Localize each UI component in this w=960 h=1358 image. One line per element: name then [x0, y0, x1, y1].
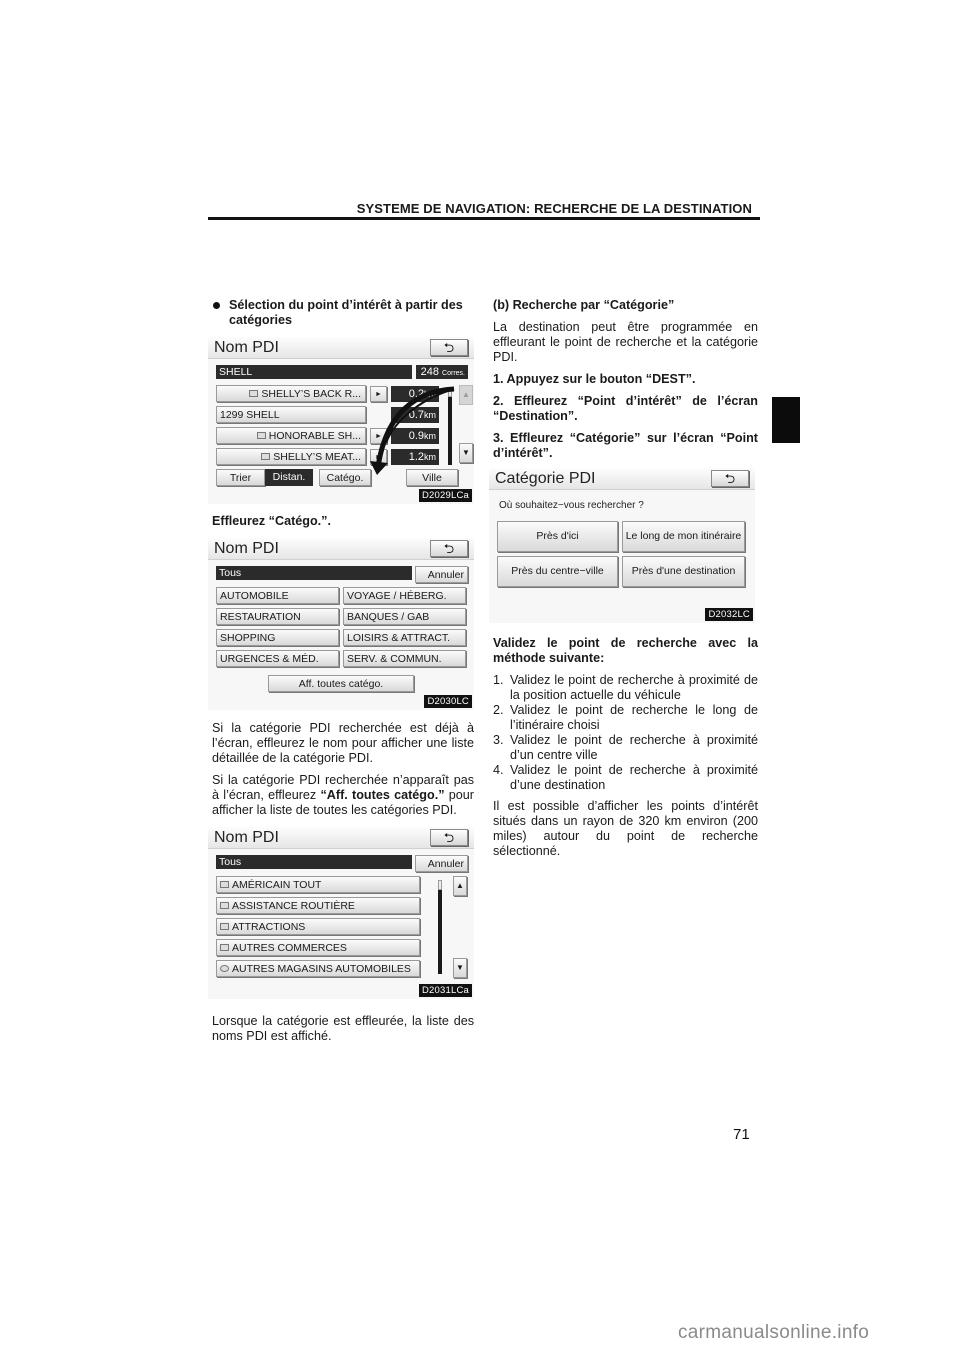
list-item[interactable]: AMÉRICAIN TOUT [216, 876, 420, 893]
section-heading: (b) Recherche par “Catégorie” [493, 298, 758, 313]
back-arrow-icon: ⮌ [444, 541, 454, 556]
detail-button[interactable]: ► [370, 449, 387, 465]
screen-all-categories: Nom PDI ⮌ Tous Annuler AMÉRICAIN TOUT AS… [208, 827, 474, 999]
result-button[interactable]: 1299 SHELL [216, 406, 366, 423]
near-city-center-button[interactable]: Près du centre−ville [497, 556, 618, 587]
show-all-categories-button[interactable]: Aff. toutes catégo. [268, 675, 414, 692]
paragraph: La destination peut être programmée en e… [493, 320, 758, 365]
prompt: Où souhaitez−vous rechercher ? [497, 496, 749, 521]
list-item: 2.Validez le point de recherche le long … [493, 703, 758, 733]
caption: Effleurez “Catégo.”. [212, 514, 474, 529]
step: 2. Effleurez “Point d’intérêt” de l’écra… [493, 394, 758, 424]
watermark: carmanualsonline.info [678, 1322, 869, 1344]
category-icon [220, 965, 229, 972]
list-item: SHELLY’S BACK R... ► 0.2km [216, 385, 468, 402]
detail-button[interactable]: ► [370, 428, 387, 444]
scrollbar[interactable] [448, 387, 452, 465]
results-list: SHELLY’S BACK R... ► 0.2km 1299 SHELL 0.… [216, 385, 468, 465]
screen-poi-categories: Nom PDI ⮌ Tous Annuler AUTOMOBILE VOYAGE… [208, 538, 474, 710]
page-up-button[interactable]: ▲ [459, 385, 473, 405]
back-button[interactable]: ⮌ [430, 540, 468, 557]
list-item: 1.Validez le point de recherche à proxim… [493, 673, 758, 703]
figure-ref: D2032LC [705, 608, 753, 621]
bullet-heading: Sélection du point d’intérêt à partir de… [212, 298, 474, 328]
category-button[interactable]: VOYAGE / HÉBERG. [343, 587, 466, 604]
cancel-button[interactable]: Annuler [415, 566, 468, 583]
method-heading: Validez le point de recherche avec la mé… [493, 636, 758, 666]
result-button[interactable]: SHELLY’S BACK R... [216, 385, 366, 402]
category-grid: AUTOMOBILE VOYAGE / HÉBERG. RESTAURATION… [216, 587, 468, 667]
list-item: 3.Validez le point de recherche à proxim… [493, 733, 758, 763]
list-item[interactable]: ATTRACTIONS [216, 918, 420, 935]
distance: 0.2km [391, 386, 439, 402]
paragraph: Lorsque la catégorie est effleurée, la l… [212, 1014, 474, 1044]
paragraph: Si la catégorie PDI recherchée est déjà … [212, 721, 474, 766]
header-rule [208, 217, 760, 220]
screen-poi-name-results: Nom PDI ⮌ SHELL 248 Corres. SHELLY’S BAC… [208, 337, 474, 504]
category-icon [220, 902, 229, 909]
building-icon [257, 432, 266, 439]
category-button[interactable]: Catégo. [319, 469, 371, 486]
category-button[interactable]: BANQUES / GAB [343, 608, 466, 625]
running-header: SYSTEME DE NAVIGATION: RECHERCHE DE LA D… [300, 201, 752, 216]
screen-title-bar: Nom PDI ⮌ [208, 337, 474, 359]
category-button[interactable]: RESTAURATION [216, 608, 339, 625]
screen-title: Nom PDI [214, 340, 279, 355]
list-item[interactable]: AUTRES COMMERCES [216, 939, 420, 956]
double-up-arrow-icon: ▲ [456, 881, 464, 890]
category-list: AMÉRICAIN TOUT ASSISTANCE ROUTIÈRE ATTRA… [216, 876, 468, 977]
play-arrow-icon: ► [375, 433, 382, 440]
scrollbar[interactable] [438, 880, 442, 974]
page-number: 71 [733, 1126, 750, 1143]
search-field[interactable]: SHELL [216, 365, 412, 379]
screen-title: Nom PDI [214, 830, 279, 845]
category-icon [220, 944, 229, 951]
cancel-button[interactable]: Annuler [415, 855, 468, 872]
screen-title: Nom PDI [214, 541, 279, 556]
figure-ref: D2030LC [424, 695, 472, 708]
back-button[interactable]: ⮌ [711, 470, 749, 487]
screen-title: Catégorie PDI [495, 471, 596, 486]
detail-button[interactable]: ► [370, 386, 387, 402]
near-here-button[interactable]: Près d'ici [497, 521, 618, 552]
double-down-arrow-icon: ▼ [462, 448, 470, 457]
right-column: (b) Recherche par “Catégorie” La destina… [493, 298, 758, 866]
along-route-button[interactable]: Le long de mon itinéraire [622, 521, 745, 552]
list-item: 1299 SHELL 0.7km [216, 406, 468, 423]
city-button[interactable]: Ville [406, 469, 458, 486]
step: 3. Effleurez “Catégorie” sur l’écran “Po… [493, 431, 758, 461]
category-button[interactable]: SERV. & COMMUN. [343, 650, 466, 667]
result-button[interactable]: SHELLY’S MEAT... [216, 448, 366, 465]
double-up-arrow-icon: ▲ [462, 390, 470, 399]
screen-category-search-point: Catégorie PDI ⮌ Où souhaitez−vous recher… [489, 468, 755, 623]
figure-ref: D2031LCa [419, 984, 472, 997]
near-destination-button[interactable]: Près d'une destination [622, 556, 745, 587]
category-button[interactable]: LOISIRS & ATTRACT. [343, 629, 466, 646]
paragraph: Si la catégorie PDI recherchée n’apparaî… [212, 773, 474, 818]
distance: 1.2km [391, 449, 439, 465]
list-item: HONORABLE SH... ► 0.9km [216, 427, 468, 444]
category-button[interactable]: AUTOMOBILE [216, 587, 339, 604]
back-arrow-icon: ⮌ [725, 471, 735, 486]
page-down-button[interactable]: ▼ [453, 958, 467, 978]
sort-mode-value: Distan. [265, 469, 313, 486]
restaurant-icon [261, 453, 270, 460]
back-arrow-icon: ⮌ [444, 830, 454, 845]
page-up-button[interactable]: ▲ [453, 876, 467, 896]
result-button[interactable]: HONORABLE SH... [216, 427, 366, 444]
page-down-button[interactable]: ▼ [459, 443, 473, 463]
category-icon [220, 881, 229, 888]
bullet-icon [213, 302, 220, 309]
match-count: 248 Corres. [416, 365, 468, 379]
list-item: SHELLY’S MEAT... ► 1.2km [216, 448, 468, 465]
left-column: Sélection du point d’intérêt à partir de… [212, 298, 474, 1051]
distance: 0.9km [391, 428, 439, 444]
play-arrow-icon: ► [375, 454, 382, 461]
figure-ref: D2029LCa [419, 489, 472, 502]
method-list: 1.Validez le point de recherche à proxim… [493, 673, 758, 793]
list-item[interactable]: ASSISTANCE ROUTIÈRE [216, 897, 420, 914]
back-button[interactable]: ⮌ [430, 339, 468, 356]
category-icon [220, 923, 229, 930]
filter-field: Tous [216, 566, 412, 580]
chapter-tab [772, 397, 800, 443]
back-arrow-icon: ⮌ [444, 340, 454, 355]
list-item[interactable]: AUTRES MAGASINS AUTOMOBILES [216, 960, 420, 977]
step: 1. Appuyez sur le bouton “DEST”. [493, 372, 758, 387]
sort-button[interactable]: Trier [216, 469, 265, 486]
category-button[interactable]: URGENCES & MÉD. [216, 650, 339, 667]
poi-icon [249, 390, 258, 397]
filter-field: Tous [216, 855, 412, 869]
category-button[interactable]: SHOPPING [216, 629, 339, 646]
paragraph: Il est possible d’afficher les points d’… [493, 799, 758, 859]
back-button[interactable]: ⮌ [430, 829, 468, 846]
double-down-arrow-icon: ▼ [456, 963, 464, 972]
play-arrow-icon: ► [375, 391, 382, 398]
distance: 0.7km [391, 407, 439, 423]
list-item: 4.Validez le point de recherche à proxim… [493, 763, 758, 793]
